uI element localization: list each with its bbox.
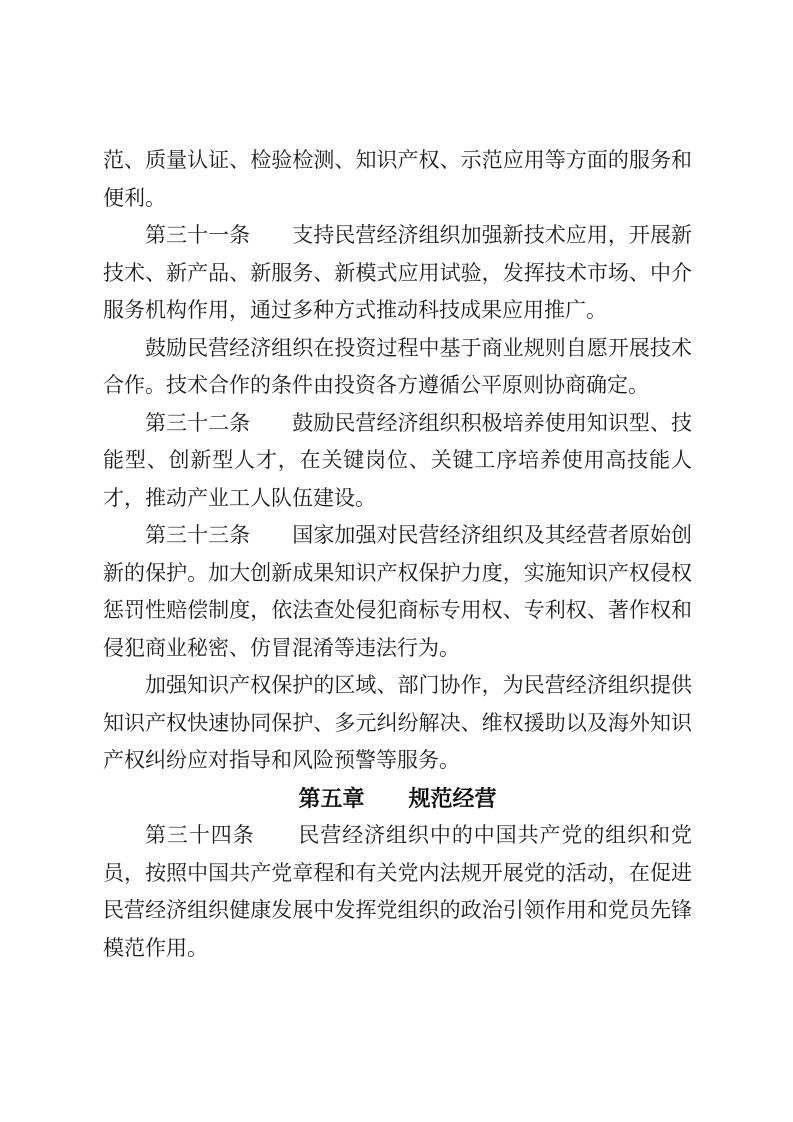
paragraph-article-32: 第三十二条 鼓励民营经济组织积极培养使用知识型、技能型、创新型人才，在关键岗位、…	[103, 405, 692, 518]
paragraph-article-33-clause-2: 加强知识产权保护的区域、部门协作，为民营经济组织提供知识产权快速协同保护、多元纠…	[103, 667, 692, 780]
paragraph-continuation: 范、质量认证、检验检测、知识产权、示范应用等方面的服务和便利。	[103, 142, 692, 217]
paragraph-article-34: 第三十四条 民营经济组织中的中国共产党的组织和党员，按照中国共产党章程和有关党内…	[103, 817, 692, 967]
paragraph-article-31-clause-2: 鼓励民营经济组织在投资过程中基于商业规则自愿开展技术合作。技术合作的条件由投资各…	[103, 330, 692, 405]
document-content: 范、质量认证、检验检测、知识产权、示范应用等方面的服务和便利。 第三十一条 支持…	[103, 142, 692, 967]
chapter-heading: 第五章 规范经营	[103, 780, 692, 818]
paragraph-article-31: 第三十一条 支持民营经济组织加强新技术应用，开展新技术、新产品、新服务、新模式应…	[103, 217, 692, 330]
paragraph-article-33: 第三十三条 国家加强对民营经济组织及其经营者原始创新的保护。加大创新成果知识产权…	[103, 517, 692, 667]
document-page: 范、质量认证、检验检测、知识产权、示范应用等方面的服务和便利。 第三十一条 支持…	[0, 0, 793, 1122]
